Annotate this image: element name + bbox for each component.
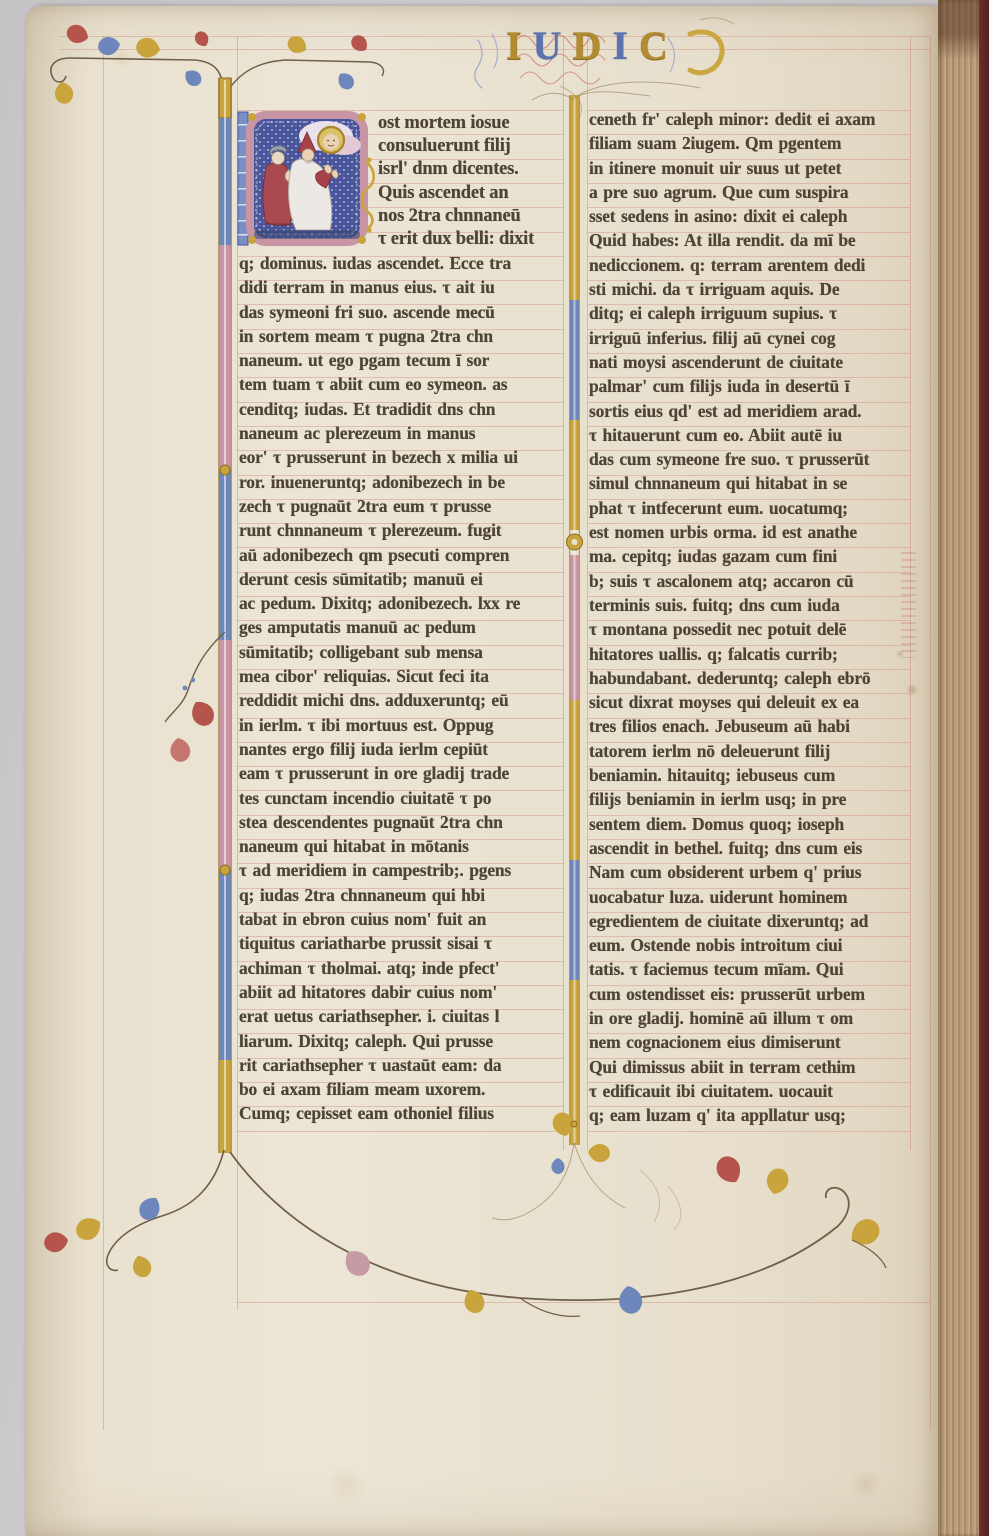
text-line: uocabatur luza. uiderunt hominem xyxy=(589,887,911,911)
text-line: τ edificauit ibi ciuitatem. uocauit xyxy=(589,1081,911,1105)
text-line: phat τ intfecerunt eum. uocatumq; xyxy=(589,498,911,522)
text-line: ditq; ei caleph irriguum supius. τ xyxy=(589,303,911,327)
text-line: aū adonibezech qm psecuti compren xyxy=(239,545,565,569)
text-line: nediccionem. q: terram arentem dedi xyxy=(589,255,911,279)
text-line: in ierlm. τ ibi mortuus est. Oppug xyxy=(239,715,565,739)
text-line: sset sedens in asino: dixit ei caleph xyxy=(589,206,911,230)
running-title-letter: I xyxy=(612,26,628,66)
text-line: b; suis τ ascalonem atq; accaron cū xyxy=(589,571,911,595)
text-line: eam τ prusserunt in ore gladij trade xyxy=(239,763,565,787)
text-line: Nam cum obsiderent urbem q' prius xyxy=(589,862,911,886)
text-line: consuluerunt filij xyxy=(378,136,564,159)
text-line: tatis. τ faciemus tecum mīam. Qui xyxy=(589,959,911,983)
text-line: Cumq; cepisset eam othoniel filius xyxy=(239,1103,565,1127)
text-line: nem cognacionem eius dimiserunt xyxy=(589,1032,911,1056)
text-line: eor' τ prusserunt in bezech x milia ui xyxy=(239,447,565,471)
ruled-line xyxy=(60,36,930,37)
ruled-line xyxy=(237,1131,563,1132)
text-line: Quid habes: At illa rendit. da mī be xyxy=(589,230,911,254)
text-line: cenditq; iudas. Et tradidit dns chn xyxy=(239,399,565,423)
text-line: sicut dixrat moyses qui deleuit ex ea xyxy=(589,692,911,716)
text-line: tres filios enach. Jebuseum aū habi xyxy=(589,716,911,740)
text-line: ascendit in bethel. fuitq; dns cum eis xyxy=(589,838,911,862)
text-line: ror. inueneruntq; adonibezech in be xyxy=(239,472,565,496)
binding-edge xyxy=(979,0,989,1536)
text-line: simul chnnaneum qui hitabat in se xyxy=(589,473,911,497)
text-line: filiam suam 2iugem. Qm pgentem xyxy=(589,133,911,157)
text-line: stea descendentes pugnaūt 2tra chn xyxy=(239,812,565,836)
text-line: naneum qui hitabat in mōtanis xyxy=(239,836,565,860)
text-line: palmar' cum filijs iuda in desertū ī xyxy=(589,376,911,400)
frame-line xyxy=(587,36,588,1150)
text-line: in itinere monuit uir suus ut petet xyxy=(589,158,911,182)
text-line: q; eam luzam q' ita appllatur usq; xyxy=(589,1105,911,1129)
initial-letter-value: P xyxy=(0,0,1,1)
text-line: derunt cesis sūmitatib; manuū ei xyxy=(239,569,565,593)
text-line: tatorem ierlm nō deleuerunt filij xyxy=(589,741,911,765)
text-line: ma. cepitq; iudas gazam cum fini xyxy=(589,546,911,570)
text-line: liarum. Dixitq; caleph. Qui prusse xyxy=(239,1031,565,1055)
running-title-letter: D xyxy=(572,26,601,66)
text-line: zech τ pugnaūt 2tra eum τ prusse xyxy=(239,496,565,520)
frame-line xyxy=(103,36,104,1430)
text-line: nantes ergo filij iuda ierlm cepiūt xyxy=(239,739,565,763)
text-line: naneum. ut ego pgam tecum ī sor xyxy=(239,350,565,374)
text-line: das cum symeone fre suo. τ prusserūt xyxy=(589,449,911,473)
text-line: ceneth fr' caleph minor: dedit ei axam xyxy=(589,109,911,133)
text-line: irriguū inferius. filij aū cynei cog xyxy=(589,328,911,352)
text-line: sortis eius qd' est ad meridiem arad. xyxy=(589,401,911,425)
text-line: mea cibor' reliquias. Sicut feci ita xyxy=(239,666,565,690)
text-line: filijs beniamin in ierlm usq; in pre xyxy=(589,789,911,813)
show-through-rubric xyxy=(901,552,916,658)
text-line: habundabant. dederuntq; caleph ebrō xyxy=(589,668,911,692)
text-line: eum. Ostende nobis introitum ciui xyxy=(589,935,911,959)
text-line: sti michi. da τ irriguam aquis. De xyxy=(589,279,911,303)
text-line: Qui dimissus abiit in terram cethim xyxy=(589,1057,911,1081)
manuscript-photo: IUDIC P ost mortem iosueconsuluerunt fil… xyxy=(0,0,989,1536)
running-title-letter: C xyxy=(639,26,668,66)
frame-line xyxy=(237,36,238,1310)
text-line: sūmitatib; colligebant sub mensa xyxy=(239,642,565,666)
running-title-letter: U xyxy=(533,26,562,66)
text-line: τ montana possedit nec potuit delē xyxy=(589,619,911,643)
text-line: tiquitus cariatharbe prussit sisai τ xyxy=(239,933,565,957)
text-line: ac pedum. Dixitq; adonibezech. lxx re xyxy=(239,593,565,617)
text-line: naneum ac plerezeum in manus xyxy=(239,423,565,447)
text-line: τ hitauerunt cum eo. Abiit autē iu xyxy=(589,425,911,449)
text-line: q; iudas 2tra chnnaneum qui hbi xyxy=(239,885,565,909)
text-line: Quis ascendet an xyxy=(378,183,564,206)
ruled-line xyxy=(60,49,930,50)
text-line: hitatores uallis. q; falcatis currib; xyxy=(589,644,911,668)
left-column-opening: ost mortem iosueconsuluerunt filijisrl' … xyxy=(378,113,564,252)
text-line: isrl' dnm dicentes. xyxy=(378,159,564,182)
ruled-line xyxy=(237,110,563,111)
text-line: τ erit dux belli: dixit xyxy=(378,229,564,252)
ruled-line xyxy=(237,1302,930,1303)
text-line: beniamin. hitauitq; iebuseus cum xyxy=(589,765,911,789)
text-line: τ ad meridiem in campestrib;. pgens xyxy=(239,860,565,884)
text-line: nos 2tra chnnaneū xyxy=(378,206,564,229)
text-line: a pre suo agrum. Que cum suspira xyxy=(589,182,911,206)
text-line: in ore gladij. hominē aū illum τ om xyxy=(589,1008,911,1032)
right-column: ceneth fr' caleph minor: dedit ei axamfi… xyxy=(589,109,911,1129)
text-line: ges amputatis manuū ac pedum xyxy=(239,617,565,641)
text-line: tabat in ebron cuius nom' fuit an xyxy=(239,909,565,933)
text-line: cum ostendisset eis: prusserūt urbem xyxy=(589,984,911,1008)
text-line: erat uetus cariathsepher. i. ciuitas l xyxy=(239,1006,565,1030)
text-line: tem tuam τ abiit cum eo symeon. as xyxy=(239,374,565,398)
text-line: tes cunctam incendio ciuitatē τ po xyxy=(239,788,565,812)
text-line: bo ei axam filiam meam uxorem. xyxy=(239,1079,565,1103)
text-line: terminis suis. fuitq; dns cum iuda xyxy=(589,595,911,619)
text-line: est nomen urbis orma. id est anathe xyxy=(589,522,911,546)
fore-edge-page-stack xyxy=(938,0,980,1536)
text-line: q; dominus. iudas ascendet. Ecce tra xyxy=(239,253,565,277)
running-title: IUDIC xyxy=(506,26,668,66)
running-title-letter: I xyxy=(506,26,522,66)
text-line: ost mortem iosue xyxy=(378,113,564,136)
text-line: in sortem meam τ pugna 2tra chn xyxy=(239,326,565,350)
frame-line xyxy=(930,36,931,1430)
text-line: reddidit michi dns. adduxeruntq; eū xyxy=(239,690,565,714)
text-line: abiit ad hitatores dabir cuius nom' xyxy=(239,982,565,1006)
text-line: didi terram in manus eius. τ ait iu xyxy=(239,277,565,301)
text-line: egredientem de ciuitate dixeruntq; ad xyxy=(589,911,911,935)
text-line: sentem diem. Domus quoq; ioseph xyxy=(589,814,911,838)
left-column: q; dominus. iudas ascendet. Ecce tradidi… xyxy=(239,253,565,1128)
ruled-line xyxy=(587,1131,910,1132)
text-line: runt chnnaneum τ plerezeum. fugit xyxy=(239,520,565,544)
text-line: rit cariathsepher τ uastaūt eam: da xyxy=(239,1055,565,1079)
text-line: das symeoni fri suo. ascende mecū xyxy=(239,302,565,326)
text-line: nati moysi ascenderunt de ciuitate xyxy=(589,352,911,376)
text-line: achiman τ tholmai. atq; inde pfect' xyxy=(239,958,565,982)
